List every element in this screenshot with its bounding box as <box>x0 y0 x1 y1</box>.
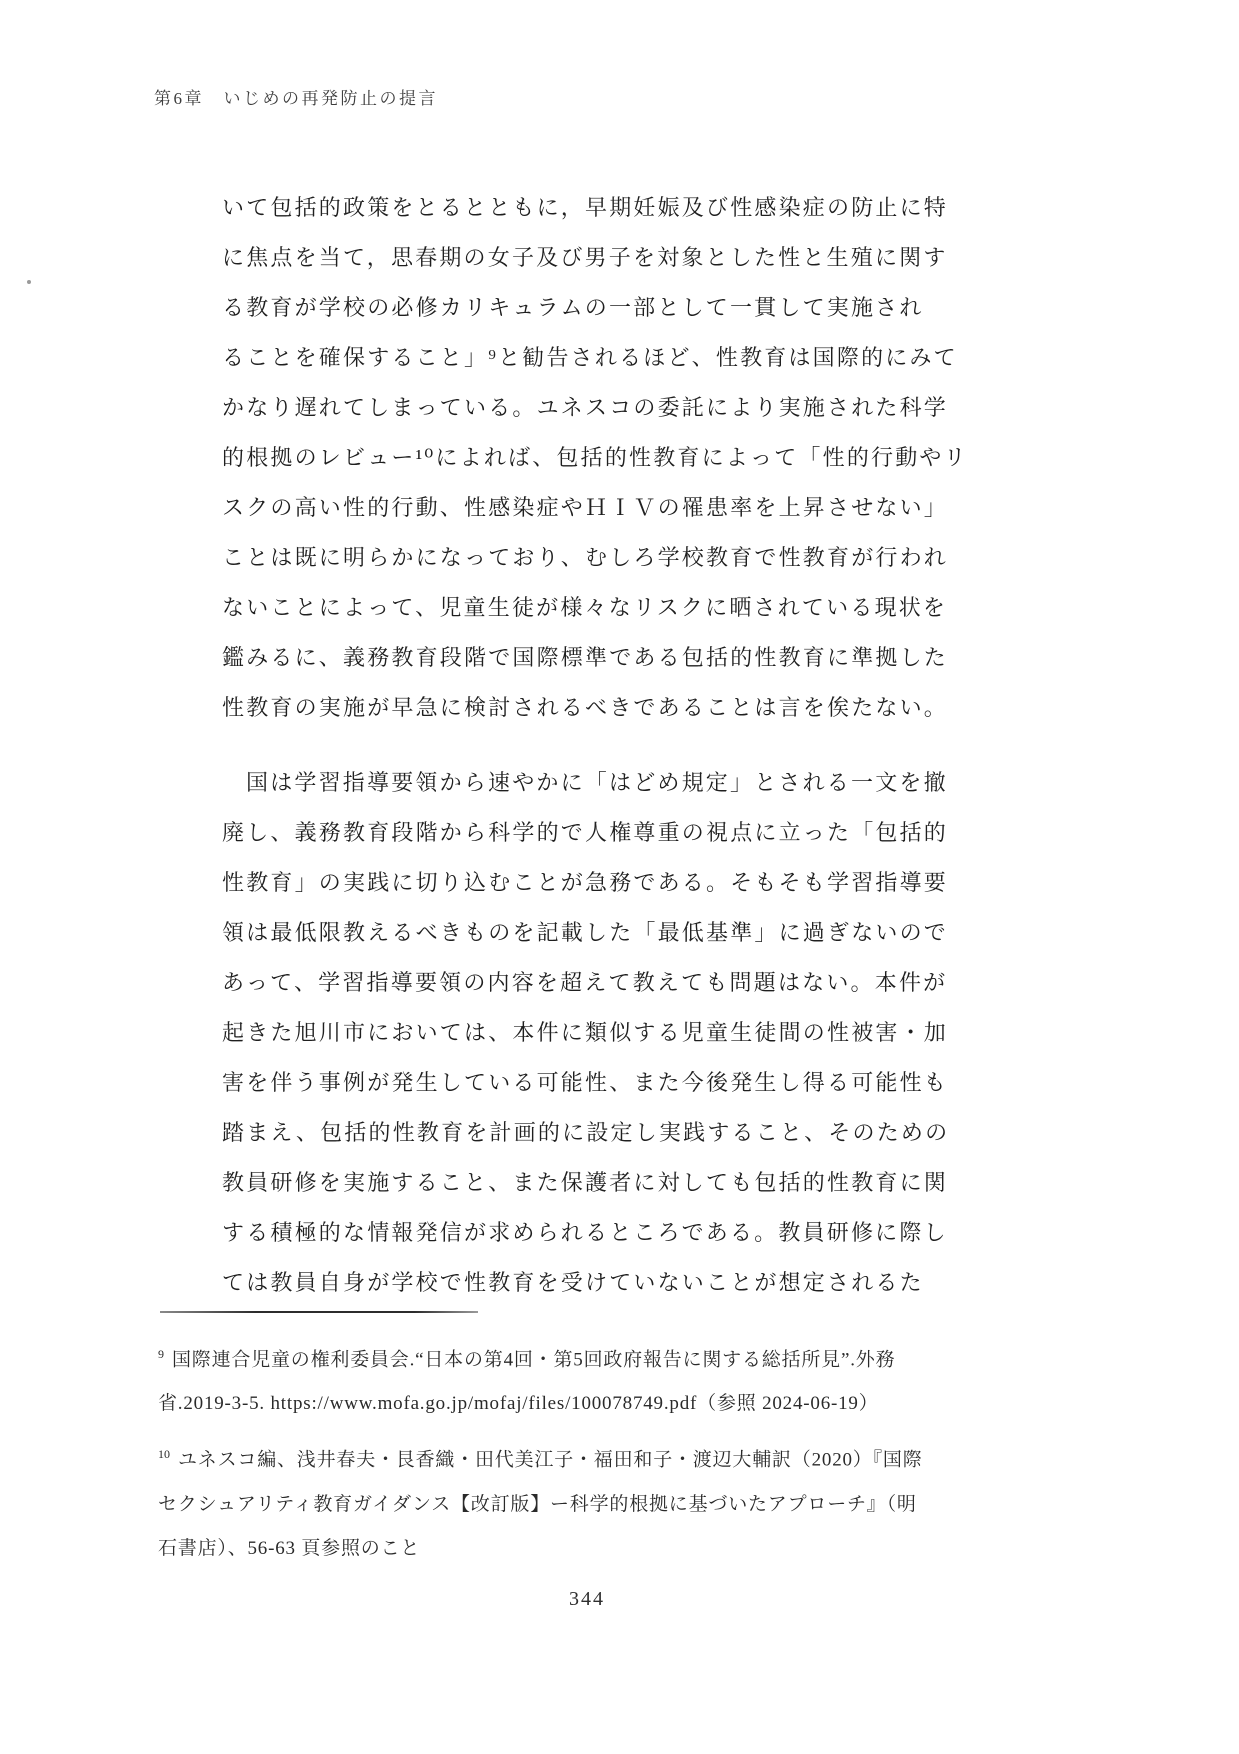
scan-artifact-dot <box>27 280 31 284</box>
footnote-line: 10ユネスコ編、浅井春夫・艮香織・田代美江子・福田和子・渡辺大輔訳（2020）『… <box>158 1432 968 1482</box>
footnote-line: セクシュアリティ教育ガイダンス【改訂版】ー科学的根拠に基づいたアプローチ』（明 <box>158 1483 968 1527</box>
document-page: 第6章 いじめの再発防止の提言 いて包括的政策をとるとともに，早期妊娠及び性感染… <box>0 0 1239 1754</box>
text-line: に焦点を当て，思春期の女子及び男子を対象とした性と生殖に関す <box>222 233 952 283</box>
text-line: 国は学習指導要領から速やかに「はどめ規定」とされる一文を撤 <box>222 758 952 808</box>
body-text: いて包括的政策をとるとともに，早期妊娠及び性感染症の防止に特 に焦点を当て，思春… <box>222 183 952 1308</box>
text-line: いて包括的政策をとるとともに，早期妊娠及び性感染症の防止に特 <box>222 183 952 233</box>
page-number: 344 <box>222 1588 952 1611</box>
text-line: ては教員自身が学校で性教育を受けていないことが想定されるた <box>222 1258 952 1308</box>
paragraph-2: 国は学習指導要領から速やかに「はどめ規定」とされる一文を撤 廃し、義務教育段階か… <box>222 758 952 1308</box>
text-line: 害を伴う事例が発生している可能性、また今後発生し得る可能性も <box>222 1058 952 1108</box>
text-line: あって、学習指導要領の内容を超えて教えても問題はない。本件が <box>222 958 952 1008</box>
footnote-marker: 10 <box>158 1447 170 1461</box>
text-line: 的根拠のレビュー¹⁰によれば、包括的性教育によって「性的行動やリ <box>222 433 952 483</box>
footnote-marker: 9 <box>158 1347 164 1361</box>
text-line: 領は最低限教えるべきものを記載した「最低基準」に過ぎないので <box>222 908 952 958</box>
text-line: 踏まえ、包括的性教育を計画的に設定し実践すること、そのための <box>222 1108 952 1158</box>
text-line: 性教育」の実践に切り込むことが急務である。そもそも学習指導要 <box>222 858 952 908</box>
text-line: 教員研修を実施すること、また保護者に対しても包括的性教育に関 <box>222 1158 952 1208</box>
footnote-text: 国際連合児童の権利委員会.“日本の第4回・第5回政府報告に関する総括所見”.外務 <box>172 1349 895 1370</box>
text-line: 廃し、義務教育段階から科学的で人権尊重の視点に立った「包括的 <box>222 808 952 858</box>
paragraph-1: いて包括的政策をとるとともに，早期妊娠及び性感染症の防止に特 に焦点を当て，思春… <box>222 183 952 733</box>
text-line: ないことによって、児童生徒が様々なリスクに晒されている現状を <box>222 583 952 633</box>
text-line: かなり遅れてしまっている。ユネスコの委託により実施された科学 <box>222 383 952 433</box>
text-line: る教育が学校の必修カリキュラムの一部として一貫して実施され <box>222 283 952 333</box>
footnote-9: 9国際連合児童の権利委員会.“日本の第4回・第5回政府報告に関する総括所見”.外… <box>158 1332 968 1426</box>
footnote-text: ユネスコ編、浅井春夫・艮香織・田代美江子・福田和子・渡辺大輔訳（2020）『国際 <box>178 1450 923 1471</box>
text-line: する積極的な情報発信が求められるところである。教員研修に際し <box>222 1208 952 1258</box>
text-line: 起きた旭川市においては、本件に類似する児童生徒間の性被害・加 <box>222 1008 952 1058</box>
footnote-separator-rule <box>160 1311 478 1313</box>
text-line: ることを確保すること」⁹と勧告されるほど、性教育は国際的にみて <box>222 333 952 383</box>
footnotes-section: 9国際連合児童の権利委員会.“日本の第4回・第5回政府報告に関する総括所見”.外… <box>158 1332 968 1571</box>
chapter-running-header: 第6章 いじめの再発防止の提言 <box>154 84 438 109</box>
text-line: ことは既に明らかになっており、むしろ学校教育で性教育が行われ <box>222 533 952 583</box>
footnote-line: 9国際連合児童の権利委員会.“日本の第4回・第5回政府報告に関する総括所見”.外… <box>158 1332 968 1382</box>
text-line: 性教育の実施が早急に検討されるべきであることは言を俟たない。 <box>222 683 952 733</box>
footnote-line: 省.2019-3-5. https://www.mofa.go.jp/mofaj… <box>158 1382 968 1426</box>
footnote-line: 石書店）、56-63 頁参照のこと <box>158 1527 968 1571</box>
text-line: スクの高い性的行動、性感染症やＨＩＶの罹患率を上昇させない」 <box>222 483 952 533</box>
text-line: 鑑みるに、義務教育段階で国際標準である包括的性教育に準拠した <box>222 633 952 683</box>
footnote-10: 10ユネスコ編、浅井春夫・艮香織・田代美江子・福田和子・渡辺大輔訳（2020）『… <box>158 1432 968 1570</box>
